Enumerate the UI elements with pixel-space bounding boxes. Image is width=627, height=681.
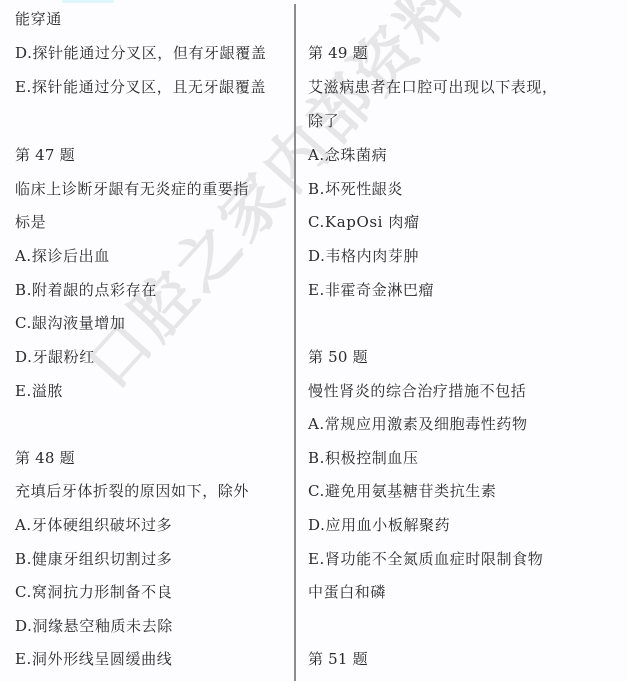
option-c: C.避免用氨基糖苷类抗生素: [308, 482, 497, 500]
option-e-continuation: 中蛋白和磷: [308, 583, 386, 601]
option-b: B.积极控制血压: [308, 449, 419, 467]
option-e: E.肾功能不全氮质血症时限制食物: [308, 550, 543, 568]
question-number: 第 49 题: [308, 44, 368, 62]
question-number: 第 50 题: [308, 348, 368, 366]
option-b: B.附着龈的点彩存在: [15, 281, 157, 299]
option-e: E.溢脓: [15, 382, 63, 400]
option-e: E.探针能通过分叉区，且无牙龈覆盖: [15, 78, 266, 96]
option-d: D.洞缘悬空釉质未去除: [15, 617, 173, 635]
column-divider: [294, 4, 296, 681]
option-d: D.探针能通过分叉区，但有牙龈覆盖: [15, 44, 266, 62]
option-c: C.KapOsi 肉瘤: [308, 213, 420, 231]
option-c: C.龈沟液量增加: [15, 314, 126, 332]
option-b: B.坏死性龈炎: [308, 180, 403, 198]
question-stem: 除了: [308, 112, 339, 130]
continuation-text: 能穿通: [15, 10, 62, 28]
option-e: E.非霍奇金淋巴瘤: [308, 281, 434, 299]
option-d: D.应用血小板解聚药: [308, 516, 450, 534]
question-stem: 标是: [15, 213, 46, 231]
question-stem: 充填后牙体折裂的原因如下，除外: [15, 482, 249, 500]
top-edge-artifact: [62, 0, 114, 3]
option-a: A.常规应用激素及细胞毒性药物: [308, 415, 528, 433]
option-b: B.健康牙组织切割过多: [15, 550, 172, 568]
question-stem: 慢性肾炎的综合治疗措施不包括: [308, 382, 526, 400]
option-d: D.牙龈粉红: [15, 348, 95, 366]
question-stem: 艾滋病患者在口腔可出现以下表现，: [308, 78, 558, 96]
question-number: 第 48 题: [15, 449, 75, 467]
question-number: 第 47 题: [15, 146, 75, 164]
question-stem: 临床上诊断牙龈有无炎症的重要指: [15, 180, 249, 198]
question-number: 第 51 题: [308, 650, 368, 668]
option-a: A.念珠菌病: [308, 146, 387, 164]
option-a: A.牙体硬组织破坏过多: [15, 516, 172, 534]
option-e: E.洞外形线呈圆缓曲线: [15, 650, 172, 668]
option-c: C.窝洞抗力形制备不良: [15, 583, 172, 601]
option-d: D.韦格内肉芽肿: [308, 247, 419, 265]
option-a: A.探诊后出血: [15, 247, 110, 265]
